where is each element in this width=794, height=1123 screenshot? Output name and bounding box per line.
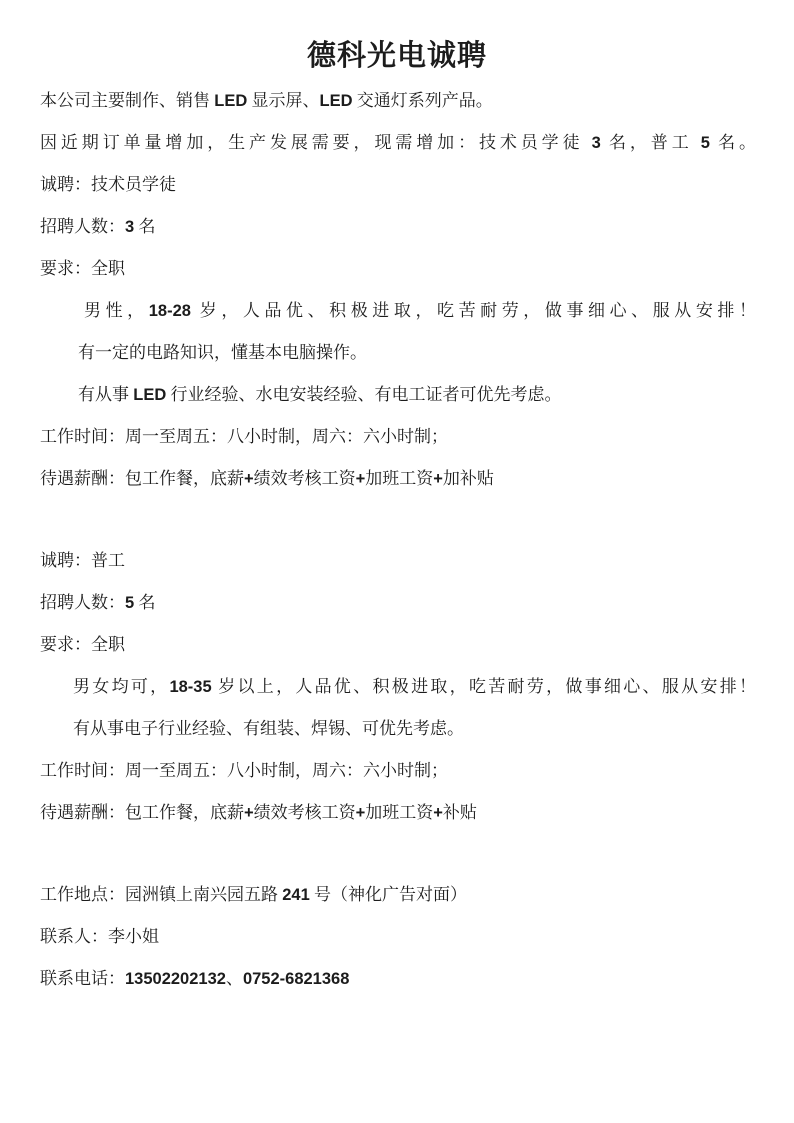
- bold-text-segment: +: [244, 470, 254, 488]
- bold-text-segment: +: [244, 804, 254, 822]
- job1-employment-type: 要求：全职: [40, 248, 756, 290]
- job2-work-hours: 工作时间：周一至周五：八小时制，周六：六小时制；: [40, 750, 756, 792]
- text-segment: 号（神化广告对面）: [310, 885, 467, 904]
- text-segment: 加班工资: [365, 803, 433, 822]
- bold-text-segment: LED: [133, 386, 166, 404]
- bold-text-segment: 241: [282, 886, 310, 904]
- bold-text-segment: 5: [125, 594, 134, 612]
- text-segment: 工作时间：周一至周五：八小时制，周六：六小时制；: [40, 427, 448, 446]
- bold-text-segment: 18-35: [169, 678, 211, 696]
- text-segment: 加班工资: [365, 469, 433, 488]
- text-segment: 诚聘：普工: [40, 551, 125, 570]
- contact-person: 联系人：李小姐: [40, 916, 756, 958]
- bold-text-segment: +: [356, 470, 366, 488]
- bold-text-segment: 13502202132: [125, 970, 226, 988]
- job1-requirement-1: 男性，18-28 岁，人品优、积极进取，吃苦耐劳，做事细心、服从安排！: [40, 290, 756, 332]
- job1-work-hours: 工作时间：周一至周五：八小时制，周六：六小时制；: [40, 416, 756, 458]
- bold-text-segment: LED: [320, 92, 353, 110]
- text-segment: 诚聘：技术员学徒: [40, 175, 176, 194]
- bold-text-segment: 0752-6821368: [243, 970, 349, 988]
- text-segment: 待遇薪酬：包工作餐，底薪: [40, 803, 244, 822]
- text-segment: 名: [134, 217, 155, 236]
- text-segment: 补贴: [443, 803, 477, 822]
- bold-text-segment: 18-28: [149, 302, 191, 320]
- job2-requirement-2: 有从事电子行业经验、有组装、焊锡、可优先考虑。: [40, 708, 756, 750]
- job2-position: 诚聘：普工: [40, 540, 756, 582]
- bold-text-segment: 3: [125, 218, 134, 236]
- job1-requirement-2: 有一定的电路知识，懂基本电脑操作。: [40, 332, 756, 374]
- text-segment: 有从事: [78, 385, 133, 404]
- text-segment: 招聘人数：: [40, 217, 125, 236]
- intro-expansion: 因近期订单量增加，生产发展需要，现需增加：技术员学徒 3 名，普工 5 名。: [40, 122, 756, 164]
- text-segment: 岁，人品优、积极进取，吃苦耐劳，做事细心、服从安排！: [191, 301, 756, 320]
- job2-requirement-1: 男女均可，18-35 岁以上，人品优、积极进取，吃苦耐劳，做事细心、服从安排！: [40, 666, 756, 708]
- text-segment: 行业经验、水电安装经验、有电工证者可优先考虑。: [166, 385, 561, 404]
- text-segment: 名: [134, 593, 155, 612]
- text-segment: 名。: [710, 133, 756, 152]
- spacer: [40, 500, 756, 540]
- work-location: 工作地点：园洲镇上南兴园五路 241 号（神化广告对面）: [40, 874, 756, 916]
- job1-requirement-3: 有从事 LED 行业经验、水电安装经验、有电工证者可优先考虑。: [40, 374, 756, 416]
- text-segment: 有一定的电路知识，懂基本电脑操作。: [78, 343, 367, 362]
- text-segment: 绩效考核工资: [254, 803, 356, 822]
- job2-headcount: 招聘人数：5 名: [40, 582, 756, 624]
- text-segment: 工作地点：园洲镇上南兴园五路: [40, 885, 282, 904]
- bold-text-segment: LED: [214, 92, 247, 110]
- job1-headcount: 招聘人数：3 名: [40, 206, 756, 248]
- contact-phone: 联系电话：13502202132、0752-6821368: [40, 958, 756, 1000]
- bold-text-segment: 3: [592, 134, 601, 152]
- bold-text-segment: +: [356, 804, 366, 822]
- text-segment: 绩效考核工资: [254, 469, 356, 488]
- job2-salary: 待遇薪酬：包工作餐，底薪+绩效考核工资+加班工资+补贴: [40, 792, 756, 834]
- bold-text-segment: +: [433, 470, 443, 488]
- document-body: 本公司主要制作、销售 LED 显示屏、LED 交通灯系列产品。因近期订单量增加，…: [40, 80, 756, 1000]
- text-segment: 联系人：李小姐: [40, 927, 159, 946]
- spacer: [40, 834, 756, 874]
- text-segment: 岁以上，人品优、积极进取，吃苦耐劳，做事细心、服从安排！: [212, 677, 756, 696]
- text-segment: 交通灯系列产品。: [353, 91, 493, 110]
- text-segment: 工作时间：周一至周五：八小时制，周六：六小时制；: [40, 761, 448, 780]
- text-segment: 要求：全职: [40, 259, 125, 278]
- text-segment: 待遇薪酬：包工作餐，底薪: [40, 469, 244, 488]
- text-segment: 要求：全职: [40, 635, 125, 654]
- job2-employment-type: 要求：全职: [40, 624, 756, 666]
- job1-position: 诚聘：技术员学徒: [40, 164, 756, 206]
- text-segment: 本公司主要制作、销售: [40, 91, 214, 110]
- text-segment: 男性，: [84, 301, 149, 320]
- text-segment: 男女均可，: [73, 677, 169, 696]
- text-segment: 因近期订单量增加，生产发展需要，现需增加：技术员学徒: [40, 133, 592, 152]
- bold-text-segment: +: [433, 804, 443, 822]
- page-title: 德科光电诚聘: [40, 34, 754, 78]
- text-segment: 联系电话：: [40, 969, 125, 988]
- text-segment: 、: [226, 969, 243, 988]
- text-segment: 名，普工: [601, 133, 701, 152]
- job1-salary: 待遇薪酬：包工作餐，底薪+绩效考核工资+加班工资+加补贴: [40, 458, 756, 500]
- text-segment: 有从事电子行业经验、有组装、焊锡、可优先考虑。: [73, 719, 464, 738]
- bold-text-segment: 5: [701, 134, 710, 152]
- document-page: 德科光电诚聘 本公司主要制作、销售 LED 显示屏、LED 交通灯系列产品。因近…: [0, 0, 794, 1123]
- text-segment: 显示屏、: [247, 91, 319, 110]
- text-segment: 招聘人数：: [40, 593, 125, 612]
- intro-products: 本公司主要制作、销售 LED 显示屏、LED 交通灯系列产品。: [40, 80, 756, 122]
- text-segment: 加补贴: [443, 469, 494, 488]
